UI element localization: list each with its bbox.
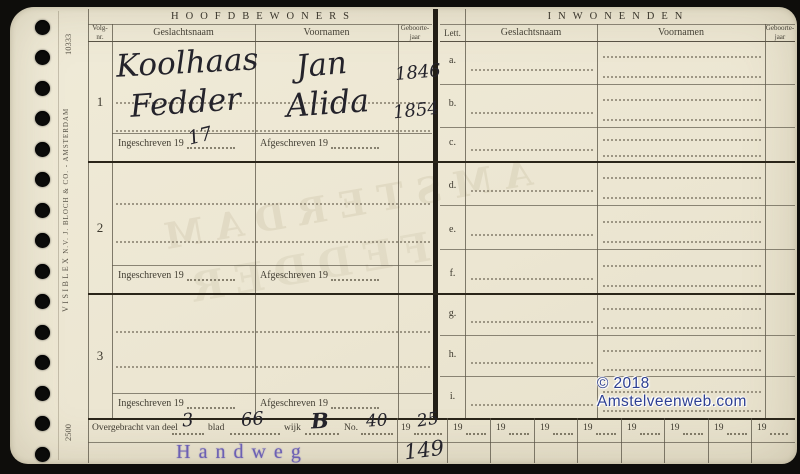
writing-line [603,308,761,310]
grid-line [112,265,432,266]
form-number-bottom: 2500 [63,405,73,441]
grid-line [255,24,256,418]
writing-line [471,234,593,236]
register-card: 10333 VISIBLEX N.V. J. BLOCH & CO. - AMS… [10,7,797,464]
grid-line [440,249,795,250]
grid-line [112,133,432,134]
fill-in-line [331,396,379,409]
handwritten-no: 40 [365,410,388,431]
writing-line [116,203,430,205]
grid-line [447,418,448,463]
grid-line [465,9,466,418]
grid-line [88,41,432,42]
writing-line [603,197,761,199]
punch-hole [35,416,50,431]
punch-hole [35,111,50,126]
column-header-geslachtsnaam: Geslachtsnaam [112,24,255,41]
group-number: 2 [88,220,112,236]
writing-line [471,69,593,71]
row-letter: h. [440,349,465,360]
grid-line [440,205,795,206]
handwritten-deel: 3 [181,409,195,431]
row-letter: f. [440,268,465,279]
year-cell-label: 19 [496,423,506,433]
writing-line [603,155,761,157]
year-cell-label: 19 [453,423,463,433]
writing-line [116,130,430,132]
column-header-voornamen: Voornamen [597,24,765,41]
column-header-geslachtsnaam: Geslachtsnaam [465,24,597,41]
form-number-top: 10333 [63,13,73,55]
writing-line [603,56,761,58]
row-letter: e. [440,224,465,235]
column-header-lett: Lett. [440,24,465,41]
ingeschreven-label: Ingeschreven 19 [118,138,184,149]
writing-line [603,241,761,243]
grid-line [577,418,578,463]
writing-line [603,177,761,179]
writing-line [471,190,593,192]
writing-line [603,76,761,78]
punch-hole [35,386,50,401]
fill-in-line [683,421,703,435]
no-label: No. [344,423,358,433]
row-letter: c. [440,137,465,148]
punch-hole [35,233,50,248]
group-separator [88,293,795,295]
row-letter: i. [440,391,465,402]
wijk-label: wijk [284,423,301,433]
fill-in-line [553,421,573,435]
group-number: 3 [88,348,112,364]
year-cell-label: 19 [714,423,724,433]
printer-brand: VISIBLEX [61,256,70,312]
card-fold-line [58,11,59,460]
fill-in-line [331,268,379,281]
writing-line [603,369,761,371]
fill-in-line [640,421,660,435]
writing-line [603,265,761,267]
grid-line [621,418,622,463]
punch-hole [35,294,50,309]
handwritten-year: 25 [416,408,441,431]
grid-line [440,41,795,42]
grid-line [112,24,113,418]
grid-line [88,9,89,463]
section-title-inwonenden: INWONENDEN [440,9,790,24]
punch-hole [35,172,50,187]
overgebracht-label: Overgebracht van deel [92,423,178,433]
writing-line [116,331,430,333]
grid-line [440,127,795,128]
row-letter: d. [440,180,465,191]
writing-line [603,99,761,101]
row-letter: a. [440,55,465,66]
year-cell-label: 19 [757,423,767,433]
year-cell-label: 19 [540,423,550,433]
grid-line [751,418,752,463]
fill-in-line [187,396,235,409]
year-cell-label: 19 [401,423,411,433]
grid-line [708,418,709,463]
writing-line [471,149,593,151]
group-separator [88,161,795,163]
writing-line [603,327,761,329]
column-header-geboortejaar: Geboorte- jaar [398,24,432,41]
handwritten-wijk: B [310,408,329,434]
row-letter: b. [440,98,465,109]
punch-hole [35,50,50,65]
group-separator [88,418,795,420]
copyright-watermark: © 2018 Amstelveenweb.com [597,375,797,411]
fill-in-line [727,421,747,435]
fill-in-line [187,268,235,281]
writing-line [471,112,593,114]
grid-line [490,418,491,463]
fill-in-line [770,421,788,435]
column-header-voornamen: Voornamen [255,24,398,41]
fill-in-line [466,421,486,435]
afgeschreven-label: Afgeschreven 19 [260,138,328,149]
punch-hole [35,81,50,96]
grid-line [440,84,795,85]
handwritten-firstname: Jan [295,45,349,85]
writing-line [603,285,761,287]
writing-line [603,221,761,223]
punch-hole [35,203,50,218]
handwritten-firstname: Alida [285,81,371,125]
blad-label: blad [208,423,224,433]
writing-line [471,404,593,406]
year-cell-label: 19 [583,423,593,433]
punch-hole [35,20,50,35]
grid-line [112,393,432,394]
writing-line [116,241,430,243]
punch-hole [35,142,50,157]
scanned-register-card-screenshot: { "strip": { "top_number": "10333", "bra… [0,0,800,474]
grid-line [534,418,535,463]
grid-line [440,335,795,336]
year-cell-label: 19 [627,423,637,433]
column-header-geboortejaar: Geboorte- jaar [765,24,795,41]
fill-in-line [509,421,529,435]
punch-hole [35,264,50,279]
grid-line [397,418,398,463]
writing-line [471,321,593,323]
section-title-hoofdbewoners: HOOFDBEWONERS [88,9,432,24]
fill-in-line [331,136,379,149]
punch-hole [35,355,50,370]
handwritten-surname: Koolhaas [115,41,259,84]
ingeschreven-label: Ingeschreven 19 [118,270,184,281]
punch-hole [35,325,50,340]
group-number: 1 [88,94,112,110]
handwritten-house-number: 149 [403,436,446,465]
street-name-stamp: Handweg [88,442,397,463]
writing-line [471,278,593,280]
ingeschreven-label: Ingeschreven 19 [118,398,184,409]
fill-in-line [596,421,616,435]
handwritten-blad: 66 [240,408,265,431]
handwritten-birthyear: 1846 [394,60,441,85]
row-letter: g. [440,308,465,319]
writing-line [471,362,593,364]
punch-hole [35,447,50,462]
writing-line [603,119,761,121]
year-cell-label: 19 [670,423,680,433]
writing-line [603,350,761,352]
writing-line [603,139,761,141]
printer-name: N.V. J. BLOCH & CO. - AMSTERDAM [62,108,70,254]
column-header-volgnr: Volg- nr. [88,24,112,41]
afgeschreven-label: Afgeschreven 19 [260,270,328,281]
handwritten-surname: Fedder [129,81,242,125]
writing-line [116,366,430,368]
grid-line [664,418,665,463]
